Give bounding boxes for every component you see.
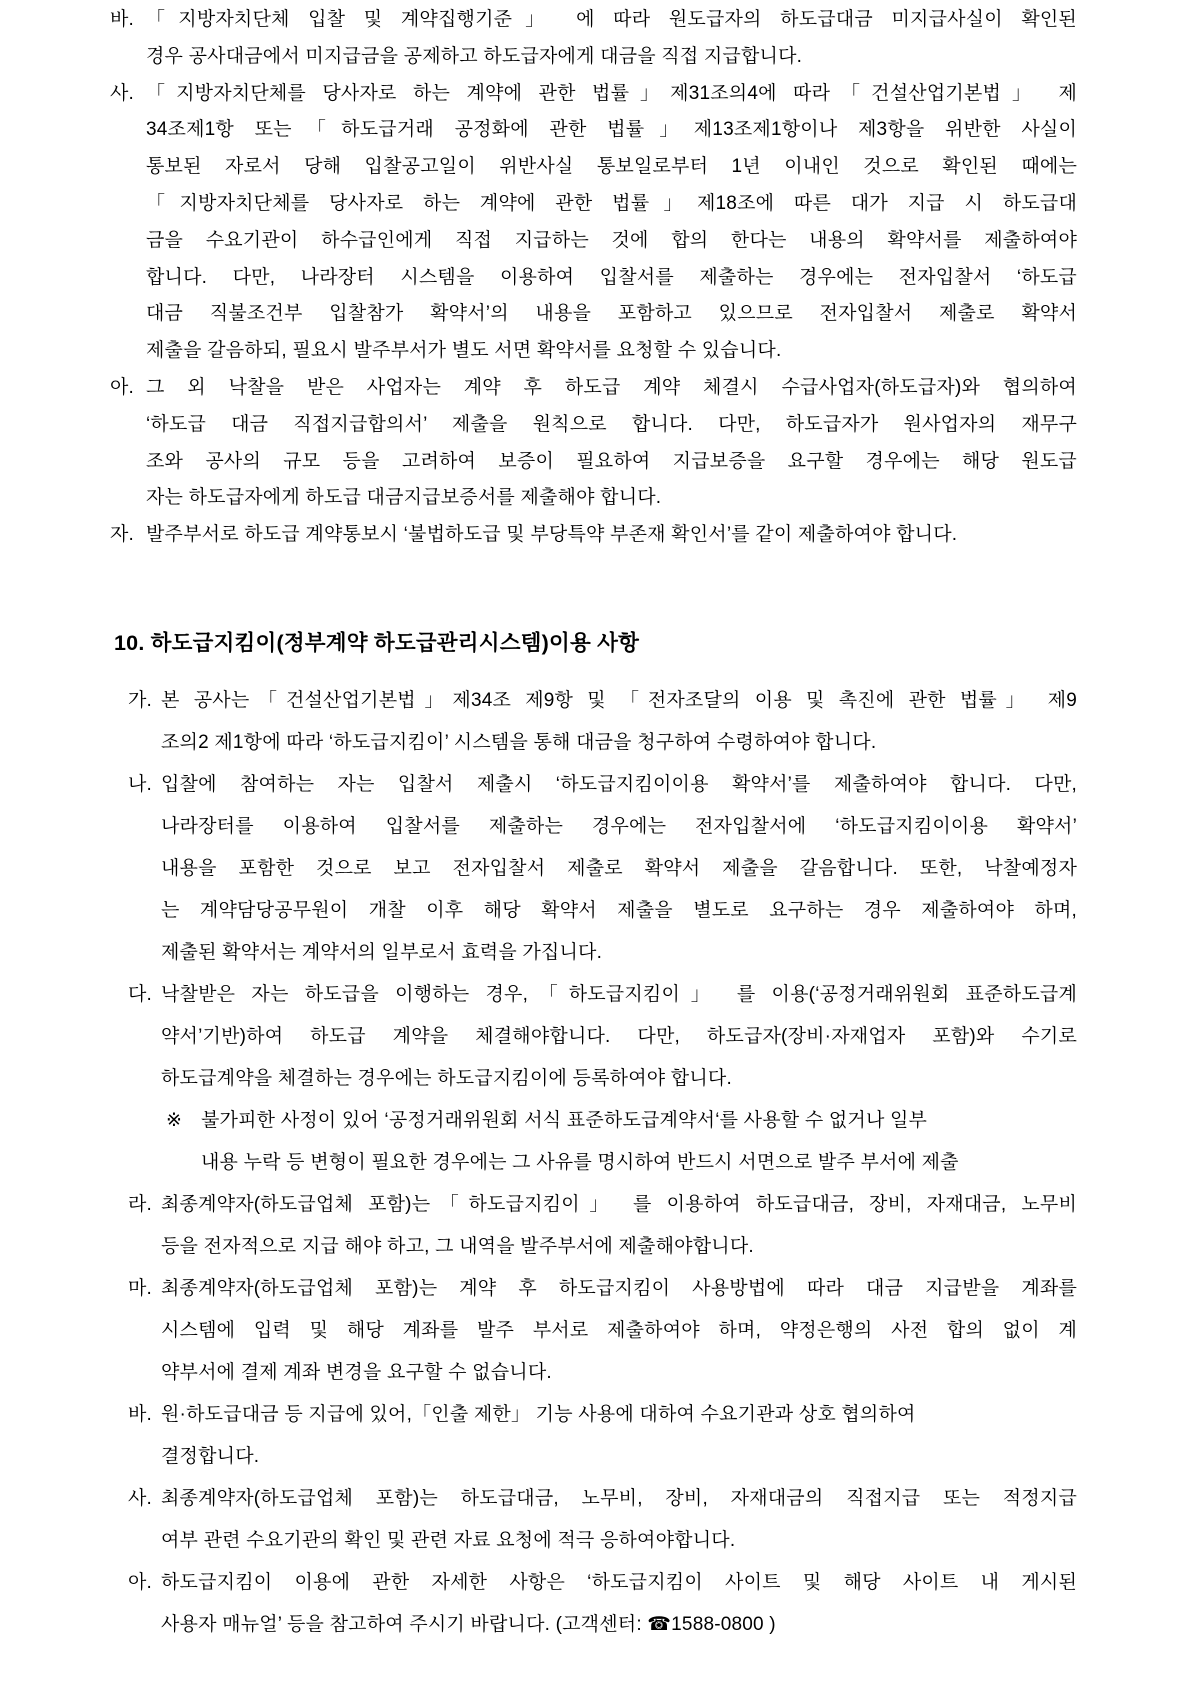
- text-line: 제출을 갈음하되, 필요시 발주부서가 별도 서면 확약서를 요청할 수 있습니…: [146, 333, 1077, 370]
- text-line: 자는 하도급자에게 하도급 대금지급보증서를 제출해야 합니다.: [146, 480, 1077, 517]
- list-item-ra: 라. 최종계약자(하도급업체 포함)는「하도급지킴이」 를 이용하여 하도급대금…: [128, 1184, 1077, 1268]
- text-line: 등을 전자적으로 지급 해야 하고, 그 내역을 발주부서에 제출해야합니다.: [161, 1226, 1077, 1268]
- text-line: 결정합니다.: [161, 1436, 1077, 1478]
- item-marker: 가.: [128, 680, 152, 722]
- text-line: 입찰에 참여하는 자는 입찰서 제출시 ‘하도급지킴이이용 확약서’를 제출하여…: [161, 764, 1077, 806]
- text-line: 발주부서로 하도급 계약통보시 ‘불법하도급 및 부당특약 부존재 확인서’를 …: [146, 517, 1077, 554]
- text-line: 나라장터를 이용하여 입찰서를 제출하는 경우에는 전자입찰서에 ‘하도급지킴이…: [161, 806, 1077, 848]
- item-marker: 아.: [128, 1562, 152, 1604]
- text-line: 최종계약자(하도급업체 포함)는 하도급대금, 노무비, 장비, 자재대금의 직…: [161, 1478, 1077, 1520]
- text-line: 하도급지킴이 이용에 관한 자세한 사항은 ‘하도급지킴이 사이트 및 해당 사…: [161, 1562, 1077, 1604]
- text-line: 합니다. 다만, 나라장터 시스템을 이용하여 입찰서를 제출하는 경우에는 전…: [146, 260, 1077, 297]
- text-line: 「지방자치단체를 당사자로 하는 계약에 관한 법률」제31조의4에 따라「건설…: [146, 76, 1077, 113]
- text-line: 원·하도급대금 등 지급에 있어,「인출 제한」 기능 사용에 대하여 수요기관…: [161, 1394, 1077, 1436]
- text-line: ‘하도급 대금 직접지급합의서’ 제출을 원칙으로 합니다. 다만, 하도급자가…: [146, 407, 1077, 444]
- text-line: 최종계약자(하도급업체 포함)는「하도급지킴이」 를 이용하여 하도급대금, 장…: [161, 1184, 1077, 1226]
- item-marker: 바.: [110, 2, 134, 39]
- text-line: 「지방자치단체를 당사자로 하는 계약에 관한 법률」제18조에 따른 대가 지…: [146, 186, 1077, 223]
- document-page: 바. 「지방자치단체 입찰 및 계약집행기준」 에 따라 원도급자의 하도급대금…: [0, 0, 1190, 1682]
- section-9-items: 바. 「지방자치단체 입찰 및 계약집행기준」 에 따라 원도급자의 하도급대금…: [110, 2, 1077, 554]
- text-line: 「지방자치단체 입찰 및 계약집행기준」 에 따라 원도급자의 하도급대금 미지…: [146, 2, 1077, 39]
- list-item-da: 다. 낙찰받은 자는 하도급을 이행하는 경우,「하도급지킴이」 를 이용(‘공…: [128, 974, 1077, 1100]
- list-item-ja: 자. 발주부서로 하도급 계약통보시 ‘불법하도급 및 부당특약 부존재 확인서…: [110, 517, 1077, 554]
- text-line: 불가피한 사정이 있어 ‘공정거래위원회 서식 표준하도급계약서‘를 사용할 수…: [201, 1100, 1077, 1142]
- note-item: ※ 불가피한 사정이 있어 ‘공정거래위원회 서식 표준하도급계약서‘를 사용할…: [128, 1100, 1077, 1184]
- text-line: 하도급계약을 체결하는 경우에는 하도급지킴이에 등록하여야 합니다.: [161, 1058, 1077, 1100]
- reference-mark-icon: ※: [166, 1100, 182, 1142]
- text-line: 는 계약담당공무원이 개찰 이후 해당 확약서 제출을 별도로 요구하는 경우 …: [161, 890, 1077, 932]
- item-marker: 마.: [128, 1268, 152, 1310]
- item-marker: 라.: [128, 1184, 152, 1226]
- text-line: 최종계약자(하도급업체 포함)는 계약 후 하도급지킴이 사용방법에 따라 대금…: [161, 1268, 1077, 1310]
- text-line: 낙찰받은 자는 하도급을 이행하는 경우,「하도급지킴이」 를 이용(‘공정거래…: [161, 974, 1077, 1016]
- text-line: 본 공사는「건설산업기본법」제34조 제9항 및 「전자조달의 이용 및 촉진에…: [161, 680, 1077, 722]
- text-line: 약서’기반)하여 하도급 계약을 체결해야합니다. 다만, 하도급자(장비·자재…: [161, 1016, 1077, 1058]
- section-10-items: 가. 본 공사는「건설산업기본법」제34조 제9항 및 「전자조달의 이용 및 …: [128, 680, 1077, 1646]
- text-line: 대금 직불조건부 입찰참가 확약서’의 내용을 포함하고 있으므로 전자입찰서 …: [146, 296, 1077, 333]
- list-item-sa2: 사. 최종계약자(하도급업체 포함)는 하도급대금, 노무비, 장비, 자재대금…: [128, 1478, 1077, 1562]
- text-line: 시스템에 입력 및 해당 계좌를 발주 부서로 제출하여야 하며, 약정은행의 …: [161, 1310, 1077, 1352]
- list-item-a: 아. 그 외 낙찰을 받은 사업자는 계약 후 하도급 계약 체결시 수급사업자…: [110, 370, 1077, 517]
- list-item-ma: 마. 최종계약자(하도급업체 포함)는 계약 후 하도급지킴이 사용방법에 따라…: [128, 1268, 1077, 1394]
- item-marker: 나.: [128, 764, 152, 806]
- text-line: 내용 누락 등 변형이 필요한 경우에는 그 사유를 명시하여 반드시 서면으로…: [201, 1142, 1077, 1184]
- text-line: 약부서에 결제 계좌 변경을 요구할 수 없습니다.: [161, 1352, 1077, 1394]
- list-item-sa: 사. 「지방자치단체를 당사자로 하는 계약에 관한 법률」제31조의4에 따라…: [110, 76, 1077, 370]
- item-marker: 사.: [110, 76, 134, 113]
- item-marker: 사.: [128, 1478, 152, 1520]
- list-item-na: 나. 입찰에 참여하는 자는 입찰서 제출시 ‘하도급지킴이이용 확약서’를 제…: [128, 764, 1077, 974]
- list-item-ga: 가. 본 공사는「건설산업기본법」제34조 제9항 및 「전자조달의 이용 및 …: [128, 680, 1077, 764]
- text-line: 내용을 포함한 것으로 보고 전자입찰서 제출로 확약서 제출을 갈음합니다. …: [161, 848, 1077, 890]
- text-line: 사용자 매뉴얼’ 등을 참고하여 주시기 바랍니다. (고객센터: ☎1588-…: [161, 1604, 1077, 1646]
- section-heading: 10. 하도급지킴이(정부계약 하도급관리시스템)이용 사항: [114, 626, 1100, 660]
- text-line: 금을 수요기관이 하수급인에게 직접 지급하는 것에 합의 한다는 내용의 확약…: [146, 223, 1077, 260]
- item-marker: 자.: [110, 517, 134, 554]
- item-marker: 아.: [110, 370, 134, 407]
- text-line: 그 외 낙찰을 받은 사업자는 계약 후 하도급 계약 체결시 수급사업자(하도…: [146, 370, 1077, 407]
- item-marker: 다.: [128, 974, 152, 1016]
- text-line: 조의2 제1항에 따라 ‘하도급지킴이’ 시스템을 통해 대금을 청구하여 수령…: [161, 722, 1077, 764]
- list-item-ba: 바. 「지방자치단체 입찰 및 계약집행기준」 에 따라 원도급자의 하도급대금…: [110, 2, 1077, 76]
- text-line: 조와 공사의 규모 등을 고려하여 보증이 필요하여 지급보증을 요구할 경우에…: [146, 444, 1077, 481]
- text-line: 제출된 확약서는 계약서의 일부로서 효력을 가집니다.: [161, 932, 1077, 974]
- text-line: 통보된 자로서 당해 입찰공고일이 위반사실 통보일로부터 1년 이내인 것으로…: [146, 149, 1077, 186]
- text-line: 경우 공사대금에서 미지급금을 공제하고 하도급자에게 대금을 직접 지급합니다…: [146, 39, 1077, 76]
- text-line: 여부 관련 수요기관의 확인 및 관련 자료 요청에 적극 응하여야합니다.: [161, 1520, 1077, 1562]
- list-item-ba2: 바. 원·하도급대금 등 지급에 있어,「인출 제한」 기능 사용에 대하여 수…: [128, 1394, 1077, 1478]
- list-item-a2: 아. 하도급지킴이 이용에 관한 자세한 사항은 ‘하도급지킴이 사이트 및 해…: [128, 1562, 1077, 1646]
- text-line: 34조제1항 또는「하도급거래 공정화에 관한 법률」제13조제1항이나 제3항…: [146, 112, 1077, 149]
- item-marker: 바.: [128, 1394, 152, 1436]
